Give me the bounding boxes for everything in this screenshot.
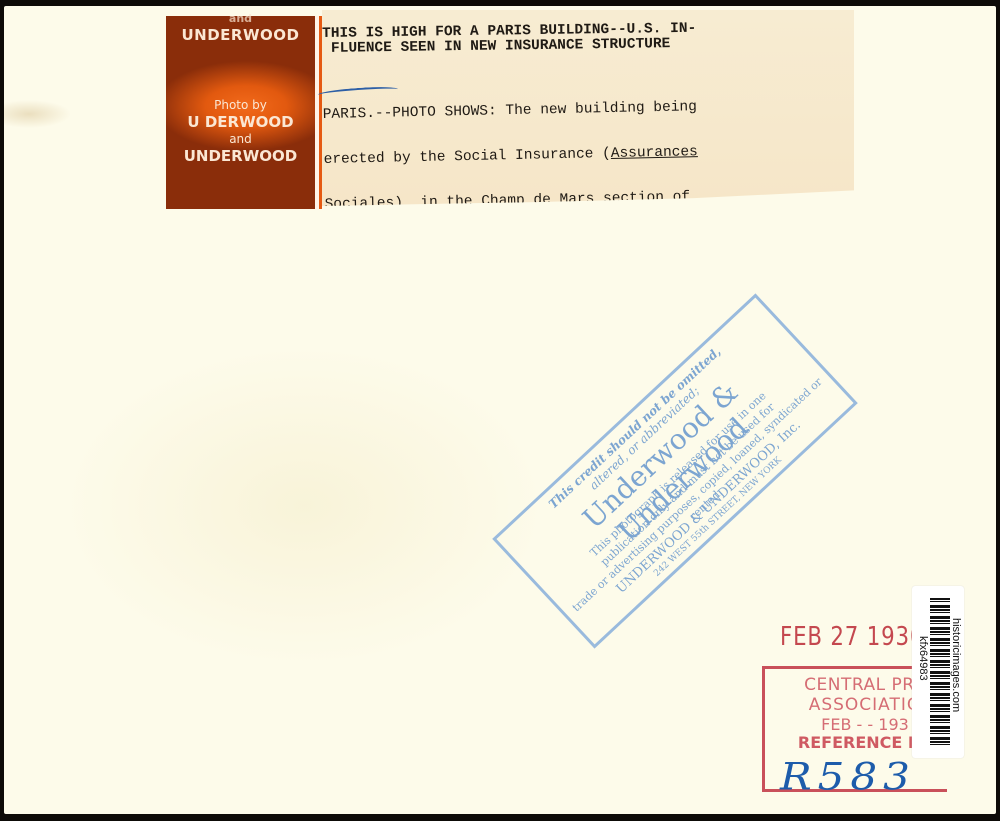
barcode-icon [930,598,950,748]
credit-label-line1: UNDERWOOD [166,26,315,44]
caption-line-part: erected by the Social Insurance ( [324,146,611,168]
credit-label-line3: UNDERWOOD [166,147,315,165]
underwood-credit-label: and UNDERWOOD Photo by U DERWOOD and UND… [166,16,315,209]
caption-headline: THIS IS HIGH FOR A PARIS BUILDING--U.S. … [322,22,697,57]
barcode-sticker: historicimages.com kfx64983 [912,586,964,758]
credit-label-and: and [166,132,315,146]
typed-caption-slip: THIS IS HIGH FOR A PARIS BUILDING--U.S. … [322,10,854,206]
caption-line: erected by the Social Insurance (Assuran… [324,145,724,168]
date-stamp: FEB 27 1930 [780,622,924,652]
barcode-id-text: kfx64983 [917,636,929,681]
credit-label-line2: U DERWOOD [166,113,315,131]
underlined-word: Assurances [611,144,698,162]
barcode-site-text: historicimages.com [950,618,962,712]
label-divider-orange [319,16,322,209]
credit-label-photo-by: Photo by [166,98,315,112]
caption-line: PARIS.--PHOTO SHOWS: The new building be… [323,100,723,123]
handwritten-number: R583 [780,754,916,798]
credit-label-top-text: and [166,12,315,25]
